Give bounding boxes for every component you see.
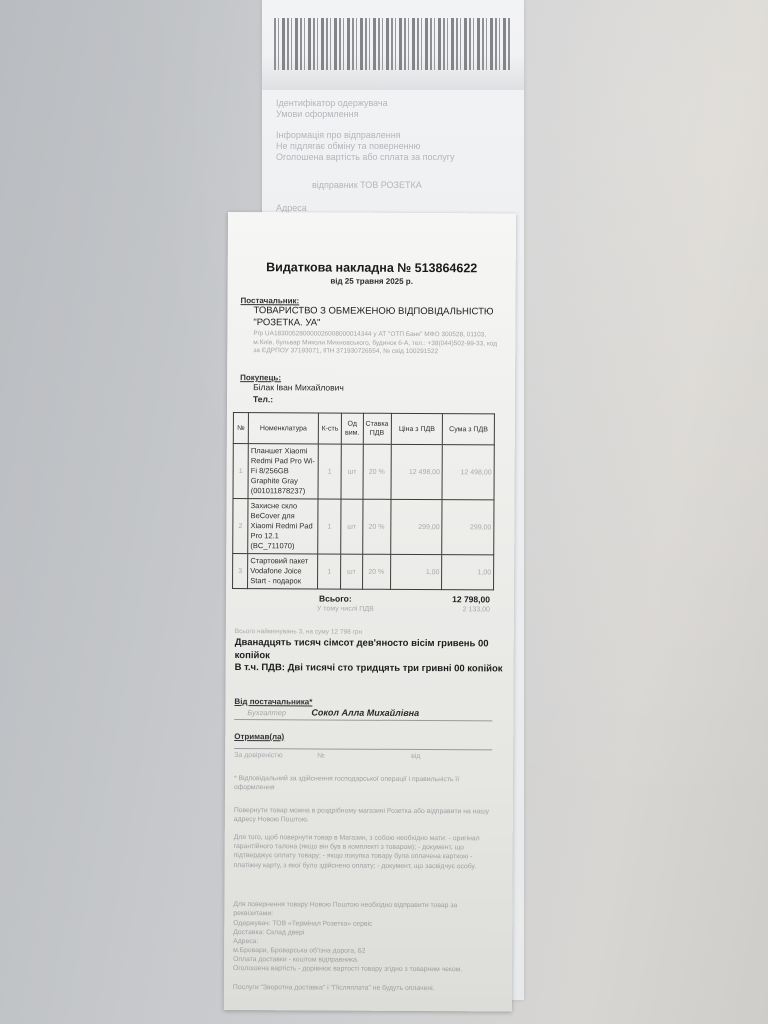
invoice-sheet: Видаткова накладна № 513864622 від 25 тр… <box>224 212 516 1011</box>
row-price: 1,00 <box>390 554 442 589</box>
return-note: Повернути товар можна в роздрібному мага… <box>234 806 494 826</box>
footnote: * Відповідальний за здійснення господарс… <box>234 774 494 794</box>
col-vat-rate: Ставка ПДВ <box>363 413 391 444</box>
col-sum: Сума з ПДВ <box>443 414 495 445</box>
from-supplier-label: Від постачальника* <box>234 697 312 706</box>
invoice-title: Видаткова накладна № 513864622 <box>228 260 516 276</box>
row-no: 1 <box>233 444 248 499</box>
row-price: 299,00 <box>390 499 442 554</box>
row-qty: 1 <box>318 444 342 499</box>
col-no: № <box>233 413 248 444</box>
vat-label: У тому числі ПДВ <box>317 605 374 612</box>
amount-in-words: Дванадцять тисяч сімсот дев'яносто вісім… <box>235 637 503 676</box>
row-unit: шт <box>341 554 362 589</box>
row-unit: шт <box>341 444 363 499</box>
buyer-label: Покупець: <box>240 373 281 382</box>
supplier-name: ТОВАРИСТВО З ОБМЕЖЕНОЮ ВІДПОВІДАЛЬНІСТЮ … <box>253 305 503 330</box>
buyer-name: Білак Іван Михайлович <box>253 382 344 392</box>
return-requirements: Для того, щоб повернути товар в Магазин,… <box>234 833 494 871</box>
supplier-signer: Сокол Алла Михайлівна <box>311 707 419 718</box>
receipt-fold-shadow <box>262 0 524 90</box>
row-vat: 20 % <box>362 499 391 554</box>
table-header-row: № Номенклатура К-сть Од вим. Ставка ПДВ … <box>233 413 494 445</box>
proxy-number-label: № <box>317 752 325 759</box>
row-vat: 20 % <box>362 554 390 589</box>
row-vat: 20 % <box>362 444 391 499</box>
row-unit: шт <box>341 499 363 554</box>
supplier-role: Бухгалтер <box>247 708 286 717</box>
invoice-date: від 25 травня 2025 р. <box>228 276 516 287</box>
row-sum: 12 498,00 <box>442 445 494 500</box>
row-price: 12 498,00 <box>391 444 443 499</box>
services-line: Послуги "Зворотна доставка" і "Післяплат… <box>233 983 493 994</box>
row-qty: 1 <box>318 554 341 589</box>
total-label: Всього: <box>319 593 352 603</box>
supplier-details: Р/р UA183005280000026008000014344 у АТ "… <box>253 330 503 357</box>
table-row: 1 Планшет Xiaomi Redmi Pad Pro Wi-Fi 8/2… <box>233 444 494 500</box>
faded-line: Не підлягає обміну та поверненню <box>276 141 512 152</box>
col-qty: К-сть <box>318 413 341 444</box>
total-words: Дванадцять тисяч сімсот дев'яносто вісім… <box>235 637 503 663</box>
col-price: Ціна з ПДВ <box>391 413 443 444</box>
row-sum: 299,00 <box>442 500 494 555</box>
received-label: Отримав(ла) <box>234 732 284 741</box>
col-name: Номенклатура <box>248 413 318 444</box>
proxy-from-label: від <box>411 753 420 760</box>
total-value: 12 798,00 <box>452 594 490 604</box>
nova-poshta-note: Для повернення товару Новою Поштою необх… <box>233 900 493 920</box>
faded-line: відправник ТОВ РОЗЕТКА <box>312 180 548 191</box>
row-name: Захисне скло BeCover для Xiaomi Redmi Pa… <box>248 499 318 554</box>
declared-value-line: Оголошена вартість - дорівнює вартості т… <box>233 964 493 975</box>
items-table: № Номенклатура К-сть Од вим. Ставка ПДВ … <box>232 412 495 590</box>
table-row: 3 Стартовий пакет Vodafone Joice Start -… <box>233 554 494 590</box>
row-no: 3 <box>233 554 248 589</box>
signature-line <box>234 748 492 750</box>
row-no: 2 <box>233 499 248 554</box>
signature-line <box>234 719 492 721</box>
faded-line: Ідентифікатор одержувача <box>276 98 512 109</box>
row-sum: 1,00 <box>442 555 494 590</box>
faded-line: Оголошена вартість або сплата за послугу <box>276 152 512 163</box>
row-qty: 1 <box>318 499 342 554</box>
items-count-line: Всього найменувань 3, на суму 12 798 грн <box>235 628 362 636</box>
vat-value: 2 133,00 <box>463 606 490 613</box>
vat-words: В т.ч. ПДВ: Дві тисячі сто тридцять три … <box>235 662 503 676</box>
supplier-label: Постачальник: <box>241 296 300 305</box>
row-name: Планшет Xiaomi Redmi Pad Pro Wi-Fi 8/256… <box>248 444 318 499</box>
row-name: Стартовий пакет Vodafone Joice Start - п… <box>248 554 318 589</box>
col-unit: Од вим. <box>342 413 363 444</box>
faded-line: Умови оформлення <box>276 109 512 120</box>
proxy-label: За довіреністю <box>234 752 283 759</box>
faded-line: Інформація про відправлення <box>276 130 512 141</box>
table-row: 2 Захисне скло BeCover для Xiaomi Redmi … <box>233 499 494 555</box>
buyer-phone-label: Тел.: <box>253 394 273 404</box>
